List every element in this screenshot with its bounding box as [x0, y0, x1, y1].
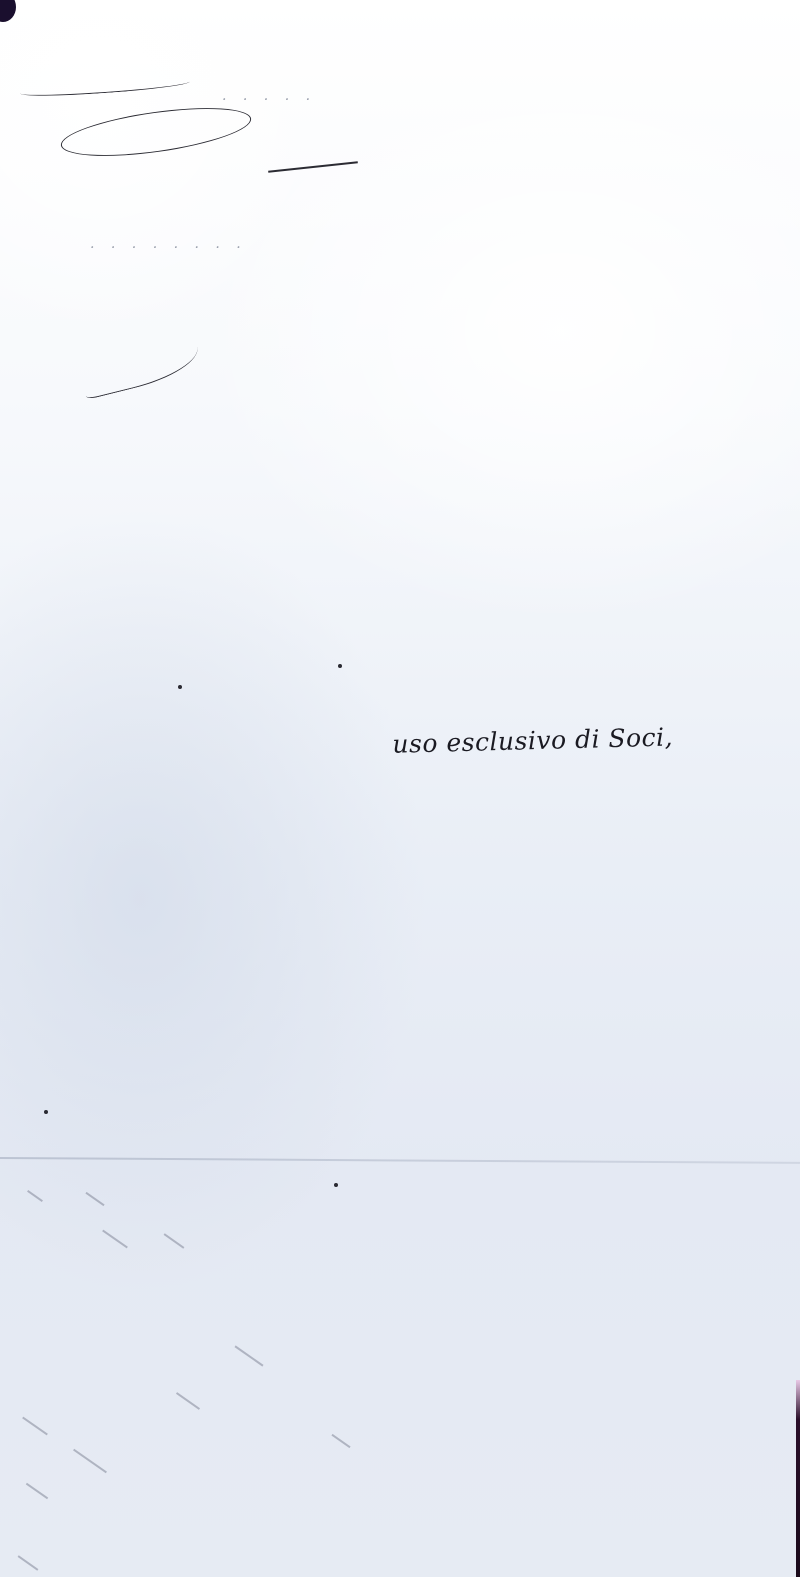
punch-hole: [0, 0, 16, 22]
body-line-with-strikethrough: uso esclusivo di Soci,: [384, 722, 674, 759]
subject-oval: [58, 99, 254, 165]
bleed-through-mark: [331, 1434, 350, 1448]
bleed-through-mark: [18, 1555, 39, 1570]
ink-dot: [338, 664, 342, 668]
ink-dot: [44, 1110, 48, 1114]
subject-flourish: [268, 161, 358, 172]
bleed-through-mark: [176, 1392, 200, 1410]
bleed-through-mark: [235, 1345, 264, 1366]
ink-dot: [178, 685, 182, 689]
faint-dots: . . . . . . . .: [90, 236, 247, 252]
date-flourish: [77, 331, 203, 400]
bleed-through-mark: [164, 1233, 185, 1248]
page-edge: [796, 1380, 800, 1577]
bleed-through-mark: [26, 1483, 48, 1500]
protocol-underline: [20, 76, 190, 99]
bleed-through-mark: [85, 1192, 104, 1206]
ink-dot: [334, 1183, 338, 1187]
faint-dots: . . . . .: [222, 88, 316, 104]
bleed-through-mark: [22, 1417, 48, 1436]
bleed-through-mark: [27, 1190, 43, 1202]
document-page: . . . . . . . . . . . . . uso esclusivo …: [0, 0, 800, 1577]
body-text: uso esclusivo di Soci,: [384, 722, 674, 759]
fold-line: [0, 1157, 800, 1164]
bleed-through-mark: [102, 1230, 128, 1249]
bleed-through-mark: [73, 1449, 107, 1474]
